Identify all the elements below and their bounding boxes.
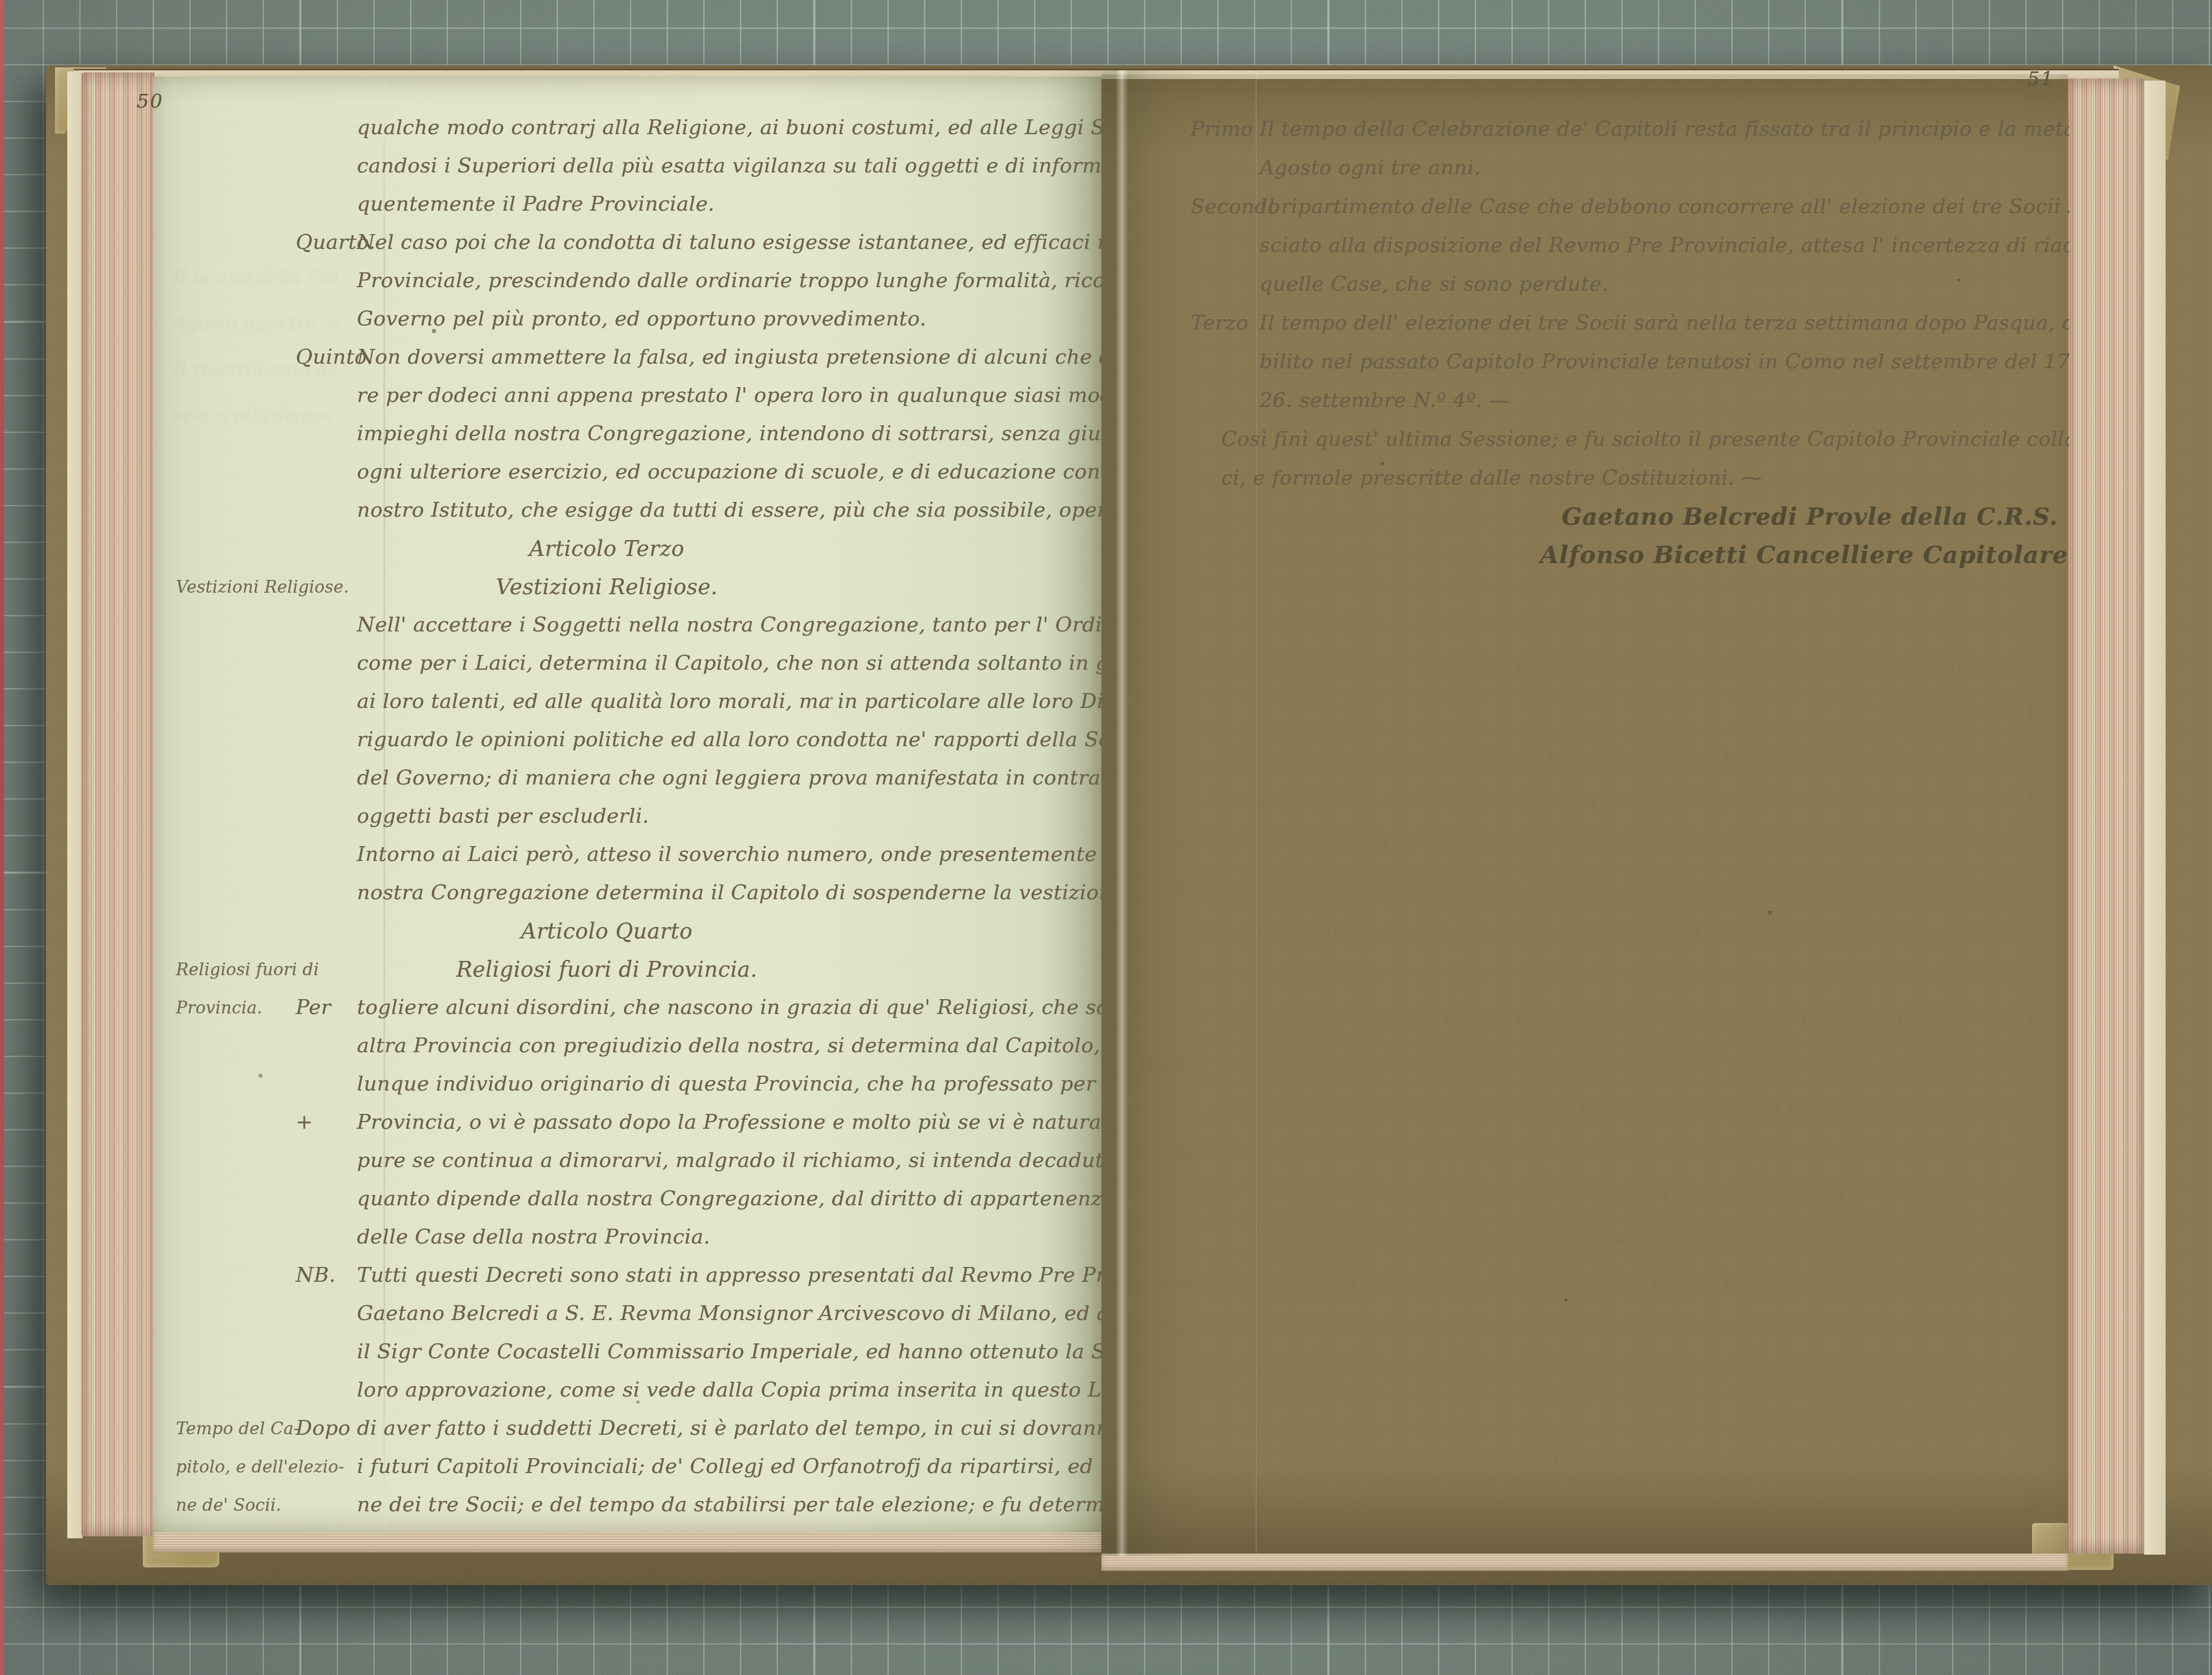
manuscript-line: Gaetano Belcredi a S. E. Revma Monsignor… [168, 1295, 1101, 1333]
ghost-line: candosi i Superiori della più esatta vig… [1137, 1084, 2040, 1128]
margin-note: Tempo del Ca- [176, 1409, 299, 1448]
bottom-page-edges [1101, 1554, 2068, 1571]
manuscript-line: altra Provincia con pregiudizio della no… [168, 1027, 1101, 1065]
paragraph-label: Terzo [1191, 303, 1249, 342]
line-text: Gaetano Belcredi a S. E. Revma Monsignor… [357, 1295, 1101, 1333]
right-fore-edge [2068, 79, 2144, 1554]
line-text: Agosto ogni tre anni. [1259, 148, 1481, 187]
signature-text: Gaetano Belcredi Provle della C.R.S. [1188, 497, 2069, 536]
manuscript-line: Governo pel più pronto, ed opportuno pro… [168, 300, 1101, 338]
line-text: pure se continua a dimorarvi, malgrado i… [357, 1141, 1101, 1180]
paragraph-label: Per [296, 988, 331, 1027]
left-page-text-block: qualche modo contrarj alla Religione, ai… [168, 109, 1101, 1534]
line-text: Articolo Quarto [168, 912, 1101, 950]
line-text: bilito nel passato Capitolo Provinciale … [1259, 342, 2069, 381]
paragraph-label: Primo [1191, 110, 1253, 148]
line-text: Provincia, o vi è passato dopo la Profes… [357, 1103, 1101, 1141]
manuscript-line: pitolo, e dell'elezio-i futuri Capitoli … [168, 1448, 1101, 1486]
ghost-line: Articolo Terzo [1137, 690, 2040, 733]
line-text: nostro Istituto, che esigge da tutti di … [357, 491, 1101, 529]
line-text: Intorno ai Laici però, atteso il soverch… [357, 835, 1101, 874]
manuscript-line: Quarto.Nel caso poi che la condotta di t… [168, 223, 1101, 262]
manuscript-line: Articolo Terzo [168, 529, 1101, 568]
manuscript-line: Articolo Quarto [168, 912, 1101, 950]
line-text: ne dei tre Socii; e del tempo da stabili… [357, 1486, 1101, 1524]
manuscript-line: Quinto.Non doversi ammettere la falsa, e… [168, 338, 1101, 376]
manuscript-line: TerzoIl tempo dell' elezione dei tre Soc… [1188, 303, 2069, 342]
line-text: nostra Congregazione determina il Capito… [357, 874, 1101, 912]
line-text: quelle Case, che si sono perdute. [1259, 265, 1608, 303]
margin-note: Religiosi fuori di [176, 950, 319, 988]
line-text: sciato alla disposizione del Revmo Pre P… [1259, 226, 2069, 265]
manuscript-line: nostra Congregazione determina il Capito… [168, 874, 1101, 912]
ghost-line: del Governo; di maniera che ogni leggier… [1137, 777, 2040, 821]
ghost-line: impieghi della nostra Congregazione, int… [1137, 646, 2040, 690]
line-text: del Governo; di maniera che ogni leggier… [357, 759, 1101, 797]
manuscript-line: PrimoIl tempo della Celebrazione de' Cap… [1188, 110, 2069, 148]
manuscript-line: Tempo del Ca-Dopodi aver fatto i suddett… [168, 1409, 1101, 1448]
manuscript-line: lunque individuo originario di questa Pr… [168, 1065, 1101, 1103]
manuscript-line: ai loro talenti, ed alle qualità loro mo… [168, 682, 1101, 721]
line-text: ai loro talenti, ed alle qualità loro mo… [357, 682, 1101, 721]
line-text: Il ripartimento delle Case che debbono c… [1259, 187, 2069, 226]
signature-line: Alfonso Bicetti Cancelliere Capitolare [1188, 536, 2069, 575]
ghost-line: nostro Istituto, che esigge da tutti di … [1137, 1216, 2040, 1260]
line-text: ogni ulteriore esercizio, ed occupazione… [357, 453, 1101, 491]
manuscript-line: Agosto ogni tre anni. [1188, 148, 2069, 187]
ghost-line: riguardo le opinioni politiche ed alla l… [1137, 1304, 2040, 1348]
line-text: come per i Laici, determina il Capitolo,… [357, 644, 1101, 682]
ghost-line: Religiosi fuori di Provincia. [1137, 1391, 2040, 1435]
line-text: impieghi della nostra Congregazione, int… [357, 415, 1101, 453]
manuscript-line: qualche modo contrarj alla Religione, ai… [168, 109, 1101, 147]
line-text: di aver fatto i suddetti Decreti, si è p… [357, 1409, 1101, 1448]
line-text: quentemente il Padre Provinciale. [357, 185, 714, 223]
endpaper-strip [2144, 81, 2166, 1555]
manuscript-line: Religiosi fuori diReligiosi fuori di Pro… [168, 950, 1101, 988]
line-text: Il tempo della Celebrazione de' Capitoli… [1259, 110, 2069, 148]
show-through-ghost-text: Governo pel più pronto, ed opportuno pro… [1137, 602, 2040, 1515]
line-text: Governo pel più pronto, ed opportuno pro… [357, 300, 927, 338]
manuscript-line: SecondoIl ripartimento delle Case che de… [1188, 187, 2069, 226]
manuscript-line: Vestizioni Religiose.Vestizioni Religios… [168, 568, 1101, 606]
manuscript-line: riguardo le opinioni politiche ed alla l… [168, 721, 1101, 759]
ghost-line: Governo pel più pronto, ed opportuno pro… [1137, 602, 2040, 646]
ghost-line: i futuri Capitoli Provinciali; de' Colle… [1137, 1040, 2040, 1084]
manuscript-line: Provincia.Pertogliere alcuni disordini, … [168, 988, 1101, 1027]
manuscript-line: delle Case della nostra Provincia. [168, 1218, 1101, 1256]
manuscript-line: quelle Case, che si sono perdute. [1188, 265, 2069, 303]
line-text: Articolo Terzo [168, 529, 1101, 568]
line-text: riguardo le opinioni politiche ed alla l… [357, 721, 1101, 759]
manuscript-line: ci, e formole prescritte dalle nostre Co… [1188, 459, 2069, 497]
line-text: togliere alcuni disordini, che nascono i… [357, 988, 1101, 1027]
line-text: loro approvazione, come si vede dalla Co… [357, 1371, 1101, 1409]
paragraph-label: NB. [296, 1256, 336, 1295]
margin-note: Provincia. [176, 988, 263, 1027]
ghost-line: Provinciale, prescindendo dalle ordinari… [1137, 1128, 2040, 1172]
manuscript-line: bilito nel passato Capitolo Provinciale … [1188, 342, 2069, 381]
endpaper-strip [67, 71, 83, 1538]
line-text: delle Case della nostra Provincia. [357, 1218, 710, 1256]
dust-specks [46, 65, 47, 66]
ghost-line: Nell' accettare i Soggetti nella nostra … [1137, 1260, 2040, 1304]
line-text: Il tempo dell' elezione dei tre Socii sa… [1259, 303, 2069, 342]
margin-note: ne de' Socii. [176, 1486, 281, 1524]
page-number-right: 51 [2027, 67, 2054, 90]
manuscript-line: sciato alla disposizione del Revmo Pre P… [1188, 226, 2069, 265]
left-fore-edge [82, 72, 155, 1536]
manuscript-line: il Sigr Conte Cocastelli Commissario Imp… [168, 1333, 1101, 1371]
line-text: re per dodeci anni appena prestato l' op… [357, 376, 1101, 415]
bottom-page-edges [153, 1532, 1101, 1553]
ghost-line: Intorno ai Laici però, atteso il soverch… [1137, 1348, 2040, 1391]
line-text: Nell' accettare i Soggetti nella nostra … [357, 606, 1101, 644]
manuscript-line: loro approvazione, come si vede dalla Co… [168, 1371, 1101, 1409]
manuscript-line: quanto dipende dalla nostra Congregazion… [168, 1180, 1101, 1218]
line-text: Così finì quest' ultima Sessione; e fu s… [1221, 420, 2069, 459]
line-text: il Sigr Conte Cocastelli Commissario Imp… [357, 1333, 1101, 1371]
line-text: qualche modo contrarj alla Religione, ai… [357, 109, 1101, 147]
line-text: lunque individuo originario di questa Pr… [357, 1065, 1101, 1103]
ghost-line: togliere alcuni disordini, che nascono i… [1137, 865, 2040, 909]
line-text: quanto dipende dalla nostra Congregazion… [357, 1180, 1101, 1218]
manuscript-line: pure se continua a dimorarvi, malgrado i… [168, 1141, 1101, 1180]
manuscript-line: ne de' Socii.ne dei tre Socii; e del tem… [168, 1486, 1101, 1524]
line-text: i futuri Capitoli Provinciali; de' Colle… [357, 1448, 1101, 1486]
manuscript-line: Intorno ai Laici però, atteso il soverch… [168, 835, 1101, 874]
manuscript-line: Così finì quest' ultima Sessione; e fu s… [1188, 420, 2069, 459]
manuscript-line: oggetti basti per escluderli. [168, 797, 1101, 835]
line-text: Provinciale, prescindendo dalle ordinari… [357, 262, 1101, 300]
line-text: ci, e formole prescritte dalle nostre Co… [1221, 459, 1762, 497]
paragraph-label: + [296, 1103, 313, 1141]
ghost-line: nostra Congregazione determina il Capito… [1137, 821, 2040, 865]
manuscript-line: +Provincia, o vi è passato dopo la Profe… [168, 1103, 1101, 1141]
manuscript-line: impieghi della nostra Congregazione, int… [168, 415, 1101, 453]
manuscript-line: 26. settembre N.º 4º. — [1188, 381, 2069, 420]
ghost-line: lunque individuo originario di questa Pr… [1137, 1435, 2040, 1479]
signature-text: Alfonso Bicetti Cancelliere Capitolare [1188, 536, 2069, 575]
manuscript-line: candosi i Superiori della più esatta vig… [168, 147, 1101, 185]
paragraph-label: Dopo [296, 1409, 350, 1448]
line-text: Tutti questi Decreti sono stati in appre… [357, 1256, 1101, 1295]
signature-line: Gaetano Belcredi Provle della C.R.S. [1188, 497, 2069, 536]
manuscript-line: ogni ulteriore esercizio, ed occupazione… [168, 453, 1101, 491]
page-number-left: 50 [137, 90, 163, 112]
line-text: Non doversi ammettere la falsa, ed ingiu… [357, 338, 1101, 376]
manuscript-line: quentemente il Padre Provinciale. [168, 185, 1101, 223]
mat-red-edge-line [0, 0, 4, 1675]
line-text: oggetti basti per escluderli. [357, 797, 649, 835]
line-text: 26. settembre N.º 4º. — [1259, 381, 1510, 420]
ghost-line: come per i Laici, determina il Capitolo,… [1137, 733, 2040, 777]
ghost-line: Provincia, o vi è passato dopo la Profes… [1137, 909, 2040, 953]
line-text: altra Provincia con pregiudizio della no… [357, 1027, 1101, 1065]
manuscript-line: Provinciale, prescindendo dalle ordinari… [168, 262, 1101, 300]
margin-note: Vestizioni Religiose. [176, 568, 349, 606]
ghost-line: il Sigr Conte Cocastelli Commissario Imp… [1137, 997, 2040, 1040]
manuscript-line: nostro Istituto, che esigge da tutti di … [168, 491, 1101, 529]
ghost-line: re per dodeci anni appena prestato l' op… [1137, 1172, 2040, 1216]
manuscript-line: del Governo; di maniera che ogni leggier… [168, 759, 1101, 797]
margin-note: pitolo, e dell'elezio- [176, 1448, 344, 1486]
line-text: Nel caso poi che la condotta di taluno e… [357, 223, 1101, 262]
manuscript-line: Nell' accettare i Soggetti nella nostra … [168, 606, 1101, 644]
line-text: candosi i Superiori della più esatta vig… [357, 147, 1101, 185]
manuscript-line: re per dodeci anni appena prestato l' op… [168, 376, 1101, 415]
ghost-line: delle Case della nostra Provincia. [1137, 953, 2040, 997]
manuscript-line: come per i Laici, determina il Capitolo,… [168, 644, 1101, 682]
right-page-text-block: PrimoIl tempo della Celebrazione de' Cap… [1188, 110, 2069, 599]
manuscript-line: NB.Tutti questi Decreti sono stati in ap… [168, 1256, 1101, 1295]
